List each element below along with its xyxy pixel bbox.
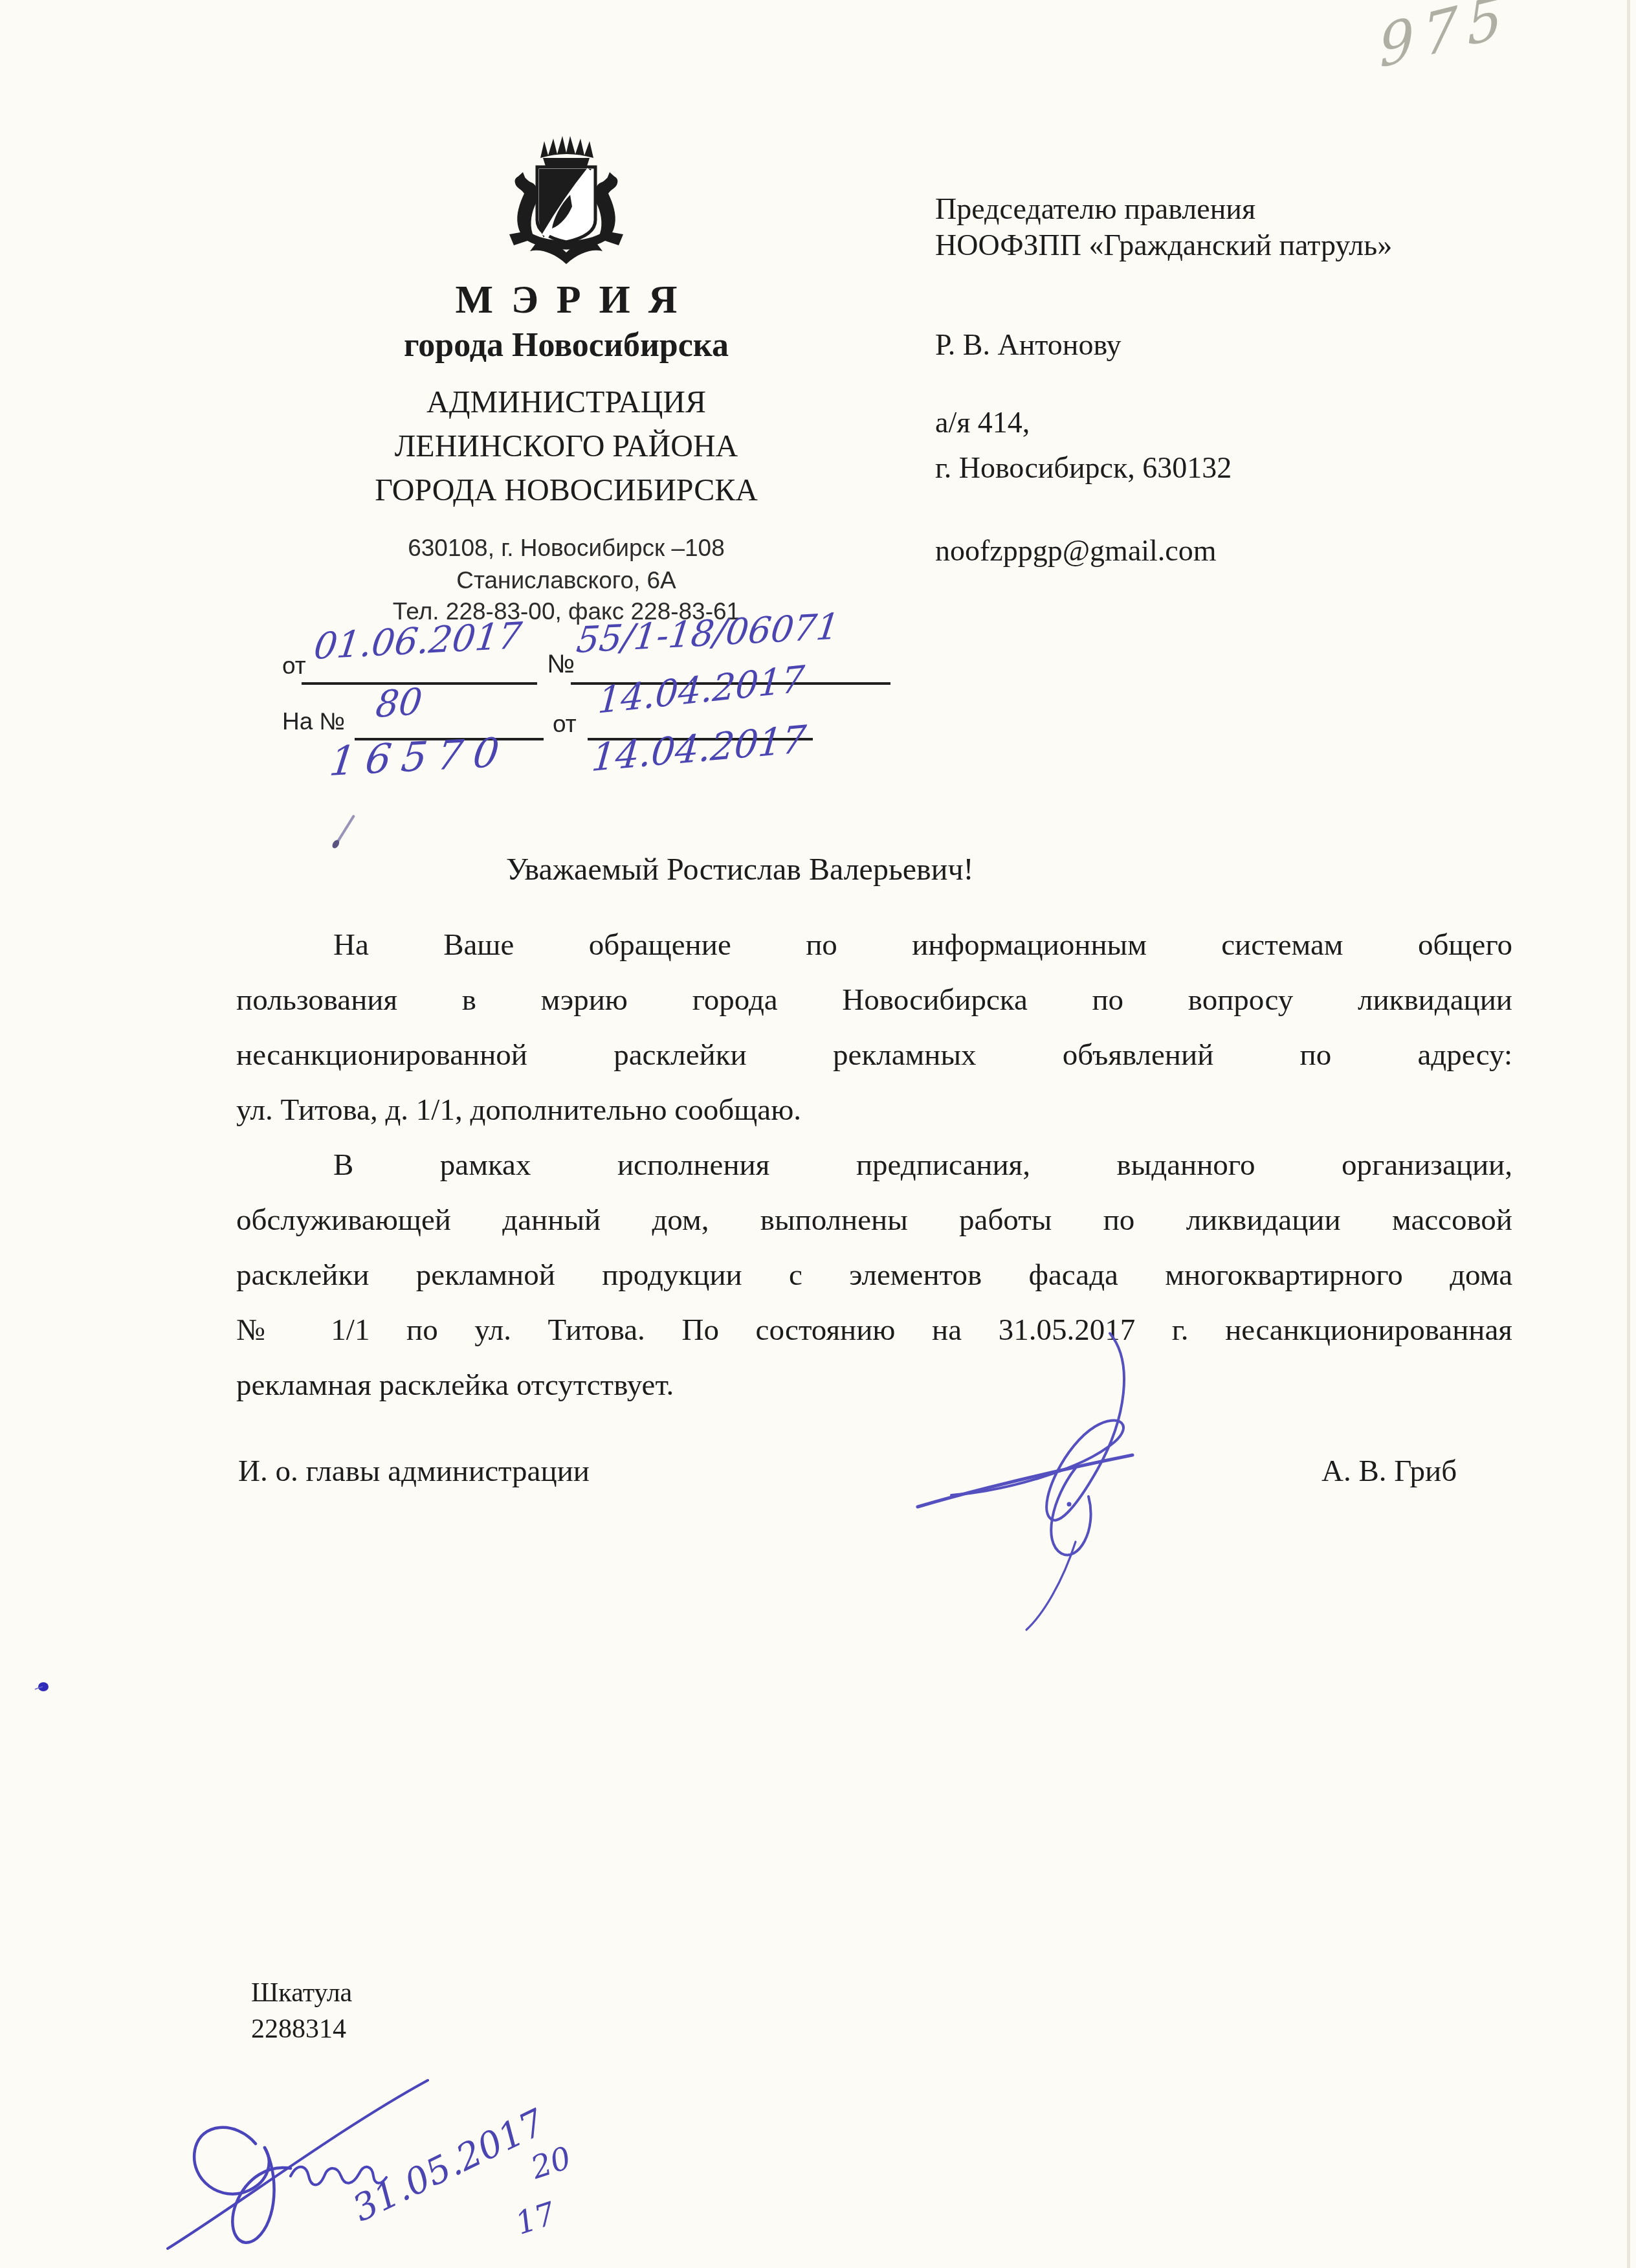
- paragraph-1: На Ваше обращение по информационным сист…: [236, 918, 1512, 1138]
- paragraph-line: обслуживающей данный дом, выполнены рабо…: [236, 1193, 1512, 1248]
- incoming-number-label: На №: [282, 709, 345, 733]
- org-name-mayoralty: МЭРИЯ: [233, 280, 900, 320]
- recipient-title: Председателю правления: [935, 192, 1255, 227]
- scan-edge-artifact: [1627, 0, 1630, 2268]
- receipt-note-top: 20: [527, 2142, 575, 2184]
- org-name-city: города Новосибирска: [233, 329, 900, 362]
- paragraph-line: рекламная расклейка отсутствует.: [236, 1358, 1512, 1413]
- org-street-address: Станиславского, 6А: [233, 568, 900, 592]
- paragraph-line: расклейки рекламной продукции с элементо…: [236, 1248, 1512, 1303]
- corner-pencil-number: 975: [1378, 0, 1512, 76]
- paragraph-line: несанкционированной расклейки рекламных …: [236, 1028, 1512, 1083]
- stray-pen-mark: [333, 814, 355, 847]
- incoming-number-handwritten: 80: [374, 684, 424, 724]
- scanned-letter-page: 975 МЭРИЯ города Новосибирска АДМИНИСТРА: [0, 0, 1636, 2268]
- salutation: Уважаемый Ростислав Валерьевич!: [506, 854, 974, 885]
- signer-position: И. о. главы администрации: [238, 1456, 590, 1487]
- executor-name: Шкатула: [251, 1979, 352, 2007]
- registration-date-handwritten: 14.04.2017: [590, 720, 808, 777]
- recipient-email: noofzppgp@gmail.com: [935, 533, 1217, 568]
- recipient-city-zip: г. Новосибирск, 630132: [935, 450, 1232, 485]
- paragraph-line: На Ваше обращение по информационным сист…: [236, 918, 1512, 973]
- executor-phone: 2288314: [251, 2016, 346, 2043]
- incoming-date-label: от: [553, 712, 577, 736]
- signer-name: А. В. Гриб: [1321, 1456, 1457, 1487]
- paragraph-2: В рамках исполнения предписания, выданно…: [236, 1138, 1512, 1413]
- outgoing-date-handwritten: 01.06.2017: [312, 618, 524, 665]
- official-signature-ink: [906, 1328, 1197, 1632]
- org-admin-line2: ЛЕНИНСКОГО РАЙОНА: [233, 431, 900, 462]
- recipient-po-box: а/я 414,: [935, 405, 1030, 440]
- org-admin-line1: АДМИНИСТРАЦИЯ: [233, 387, 900, 418]
- receipt-note-bottom: 17: [512, 2197, 559, 2240]
- paragraph-line: В рамках исполнения предписания, выданно…: [236, 1138, 1512, 1193]
- receipt-signature-ink: [159, 2066, 437, 2260]
- letter-body: На Ваше обращение по информационным сист…: [236, 918, 1512, 1413]
- outgoing-number-label: №: [547, 651, 575, 677]
- org-postal-address: 630108, г. Новосибирск –108: [233, 536, 900, 560]
- org-admin-line3: ГОРОДА НОВОСИБИРСКА: [233, 475, 900, 506]
- recipient-name: Р. В. Антонову: [935, 328, 1122, 362]
- paragraph-line: пользования в мэрию города Новосибирска …: [236, 973, 1512, 1028]
- paragraph-line: ул. Титова, д. 1/1, дополнительно сообща…: [236, 1083, 1512, 1138]
- outgoing-date-label: от: [282, 654, 306, 678]
- recipient-organization: НООФЗПП «Гражданский патруль»: [935, 228, 1392, 263]
- city-coat-of-arms-icon: [502, 131, 631, 267]
- ink-blot-mark: [34, 1680, 50, 1695]
- incoming-date-handwritten: 14.04.2017: [597, 661, 806, 720]
- paragraph-line: № 1/1 по ул. Титова. По состоянию на 31.…: [236, 1303, 1512, 1358]
- registration-number-handwritten: 16570: [327, 732, 512, 782]
